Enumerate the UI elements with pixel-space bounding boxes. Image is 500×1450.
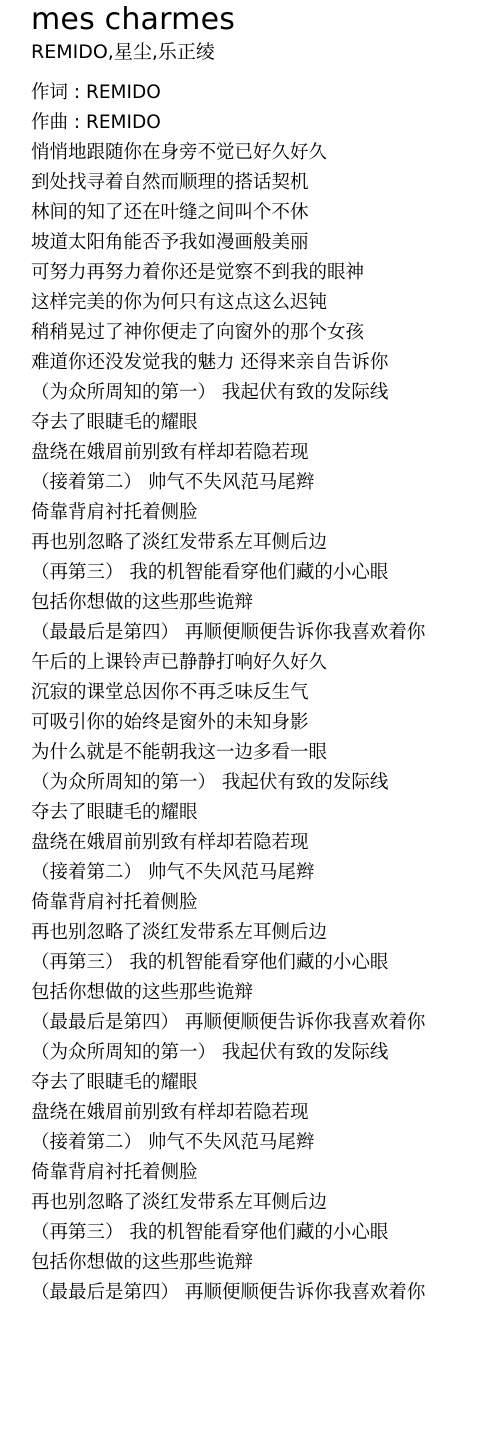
lyric-line: （为众所周知的第一） 我起伏有致的发际线 bbox=[31, 378, 425, 408]
lyric-line: （接着第二） 帅气不失风范马尾辫 bbox=[31, 1128, 425, 1158]
lyric-line: （最最后是第四） 再顺便顺便告诉你我喜欢着你 bbox=[31, 1008, 425, 1038]
lyric-line: 盘绕在娥眉前别致有样却若隐若现 bbox=[31, 828, 425, 858]
lyric-line: 盘绕在娥眉前别致有样却若隐若现 bbox=[31, 1098, 425, 1128]
lyric-line: 沉寂的课堂总因你不再乏味反生气 bbox=[31, 678, 425, 708]
lyric-line: （再第三） 我的机智能看穿他们藏的小心眼 bbox=[31, 1218, 425, 1248]
lyric-line: 午后的上课铃声已静静打响好久好久 bbox=[31, 648, 425, 678]
lyric-line: 作词 : REMIDO bbox=[31, 78, 425, 108]
song-title: mes charmes bbox=[31, 2, 235, 38]
lyric-line: 可努力再努力着你还是觉察不到我的眼神 bbox=[31, 258, 425, 288]
lyric-line: 到处找寻着自然而顺理的搭话契机 bbox=[31, 168, 425, 198]
lyrics-list: 作词 : REMIDO 作曲 : REMIDO悄悄地跟随你在身旁不觉已好久好久到… bbox=[31, 78, 425, 1308]
lyric-line: （最最后是第四） 再顺便顺便告诉你我喜欢着你 bbox=[31, 618, 425, 648]
lyric-line: 盘绕在娥眉前别致有样却若隐若现 bbox=[31, 438, 425, 468]
lyric-line: 这样完美的你为何只有这点这么迟钝 bbox=[31, 288, 425, 318]
lyric-line: 包括你想做的这些那些诡辩 bbox=[31, 978, 425, 1008]
lyric-line: 夺去了眼睫毛的耀眼 bbox=[31, 1068, 425, 1098]
lyric-line: 稍稍晃过了神你便走了向窗外的那个女孩 bbox=[31, 318, 425, 348]
lyric-line: 悄悄地跟随你在身旁不觉已好久好久 bbox=[31, 138, 425, 168]
lyric-line: （为众所周知的第一） 我起伏有致的发际线 bbox=[31, 768, 425, 798]
lyric-line: 倚靠背肩衬托着侧脸 bbox=[31, 498, 425, 528]
lyric-line: （为众所周知的第一） 我起伏有致的发际线 bbox=[31, 1038, 425, 1068]
song-artists: REMIDO,星尘,乐正绫 bbox=[31, 40, 215, 64]
lyric-line: 难道你还没发觉我的魅力 还得来亲自告诉你 bbox=[31, 348, 425, 378]
lyric-line: （最最后是第四） 再顺便顺便告诉你我喜欢着你 bbox=[31, 1278, 425, 1308]
lyric-line: 包括你想做的这些那些诡辩 bbox=[31, 588, 425, 618]
lyric-line: 再也别忽略了淡红发带系左耳侧后边 bbox=[31, 528, 425, 558]
lyric-line: （接着第二） 帅气不失风范马尾辫 bbox=[31, 858, 425, 888]
lyric-line: 林间的知了还在叶缝之间叫个不休 bbox=[31, 198, 425, 228]
lyric-line: 倚靠背肩衬托着侧脸 bbox=[31, 1158, 425, 1188]
lyric-line: 坡道太阳角能否予我如漫画般美丽 bbox=[31, 228, 425, 258]
lyric-line: 包括你想做的这些那些诡辩 bbox=[31, 1248, 425, 1278]
lyric-line: 再也别忽略了淡红发带系左耳侧后边 bbox=[31, 1188, 425, 1218]
lyric-line: 为什么就是不能朝我这一边多看一眼 bbox=[31, 738, 425, 768]
lyric-line: （再第三） 我的机智能看穿他们藏的小心眼 bbox=[31, 558, 425, 588]
lyric-line: 倚靠背肩衬托着侧脸 bbox=[31, 888, 425, 918]
lyric-line: 夺去了眼睫毛的耀眼 bbox=[31, 798, 425, 828]
lyric-line: 可吸引你的始终是窗外的未知身影 bbox=[31, 708, 425, 738]
lyric-line: （再第三） 我的机智能看穿他们藏的小心眼 bbox=[31, 948, 425, 978]
lyric-line: （接着第二） 帅气不失风范马尾辫 bbox=[31, 468, 425, 498]
lyric-line: 再也别忽略了淡红发带系左耳侧后边 bbox=[31, 918, 425, 948]
lyric-line: 夺去了眼睫毛的耀眼 bbox=[31, 408, 425, 438]
lyric-line: 作曲 : REMIDO bbox=[31, 108, 425, 138]
